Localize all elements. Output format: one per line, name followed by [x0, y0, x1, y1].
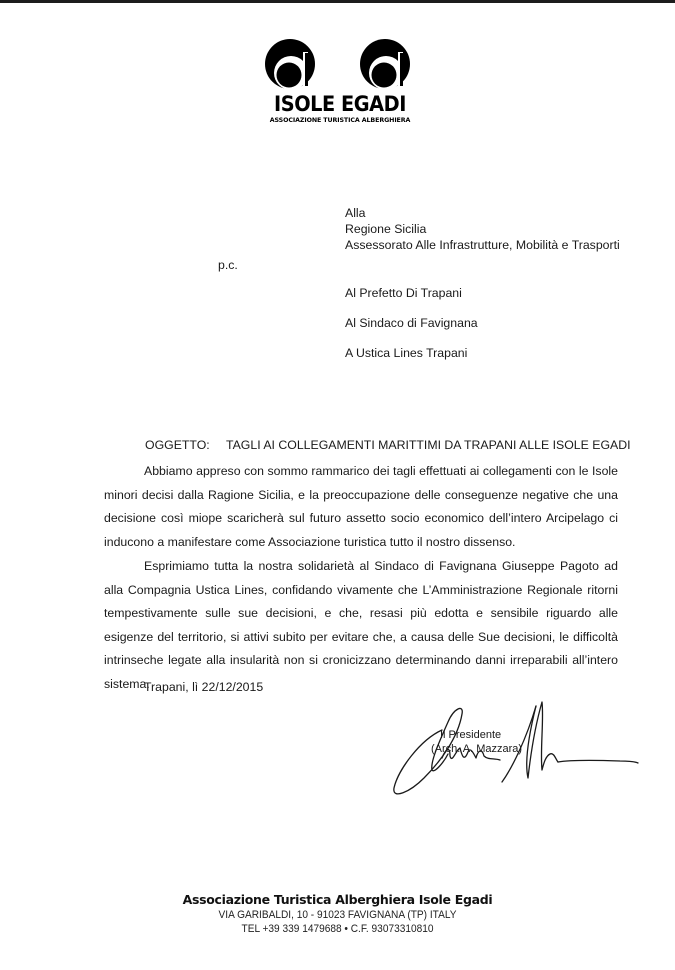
cc-label: p.c. [218, 258, 238, 273]
handwritten-signature-icon [390, 700, 670, 810]
letterhead-footer: Associazione Turistica Alberghiera Isole… [0, 891, 675, 936]
body-paragraph: Abbiamo appreso con sommo rammarico dei … [104, 460, 618, 554]
recipient-line: Alla [345, 206, 366, 221]
subject-text: TAGLI AI COLLEGAMENTI MARITTIMI DA TRAPA… [226, 438, 631, 453]
letterhead-subtitle: ASSOCIAZIONE TURISTICA ALBERGHIERA [260, 117, 420, 124]
place-date: Trapani, lì 22/12/2015 [144, 680, 263, 695]
isole-egadi-circle-mark-icon [358, 38, 414, 92]
isole-egadi-circle-mark-icon [263, 38, 319, 92]
body-paragraph: Esprimiamo tutta la nostra solidarietà a… [104, 555, 618, 696]
signature-block: Il Presidente (Arch. A. Mazzara) [390, 700, 670, 810]
cc-recipient-line: Al Prefetto Di Trapani [345, 286, 462, 301]
letterhead-title: ISOLE EGADI [266, 92, 413, 116]
footer-organization: Associazione Turistica Alberghiera Isole… [0, 891, 675, 908]
recipient-line: Regione Sicilia [345, 222, 426, 237]
signatory-title: Il Presidente [440, 729, 501, 741]
cc-recipient-line: A Ustica Lines Trapani [345, 346, 467, 361]
footer-contacts: TEL +39 339 1479688 • C.F. 93073310810 [27, 922, 648, 936]
letterhead-logo: ISOLE EGADI ASSOCIAZIONE TURISTICA ALBER… [260, 38, 420, 128]
cc-recipient-line: Al Sindaco di Favignana [345, 316, 478, 331]
footer-address: VIA GARIBALDI, 10 - 91023 FAVIGNANA (TP)… [27, 908, 648, 922]
recipient-line: Assessorato Alle Infrastrutture, Mobilit… [345, 238, 620, 253]
subject-label: OGGETTO: [145, 438, 210, 453]
scan-top-edge [0, 0, 675, 3]
signatory-name: (Arch. A. Mazzara) [431, 743, 522, 755]
